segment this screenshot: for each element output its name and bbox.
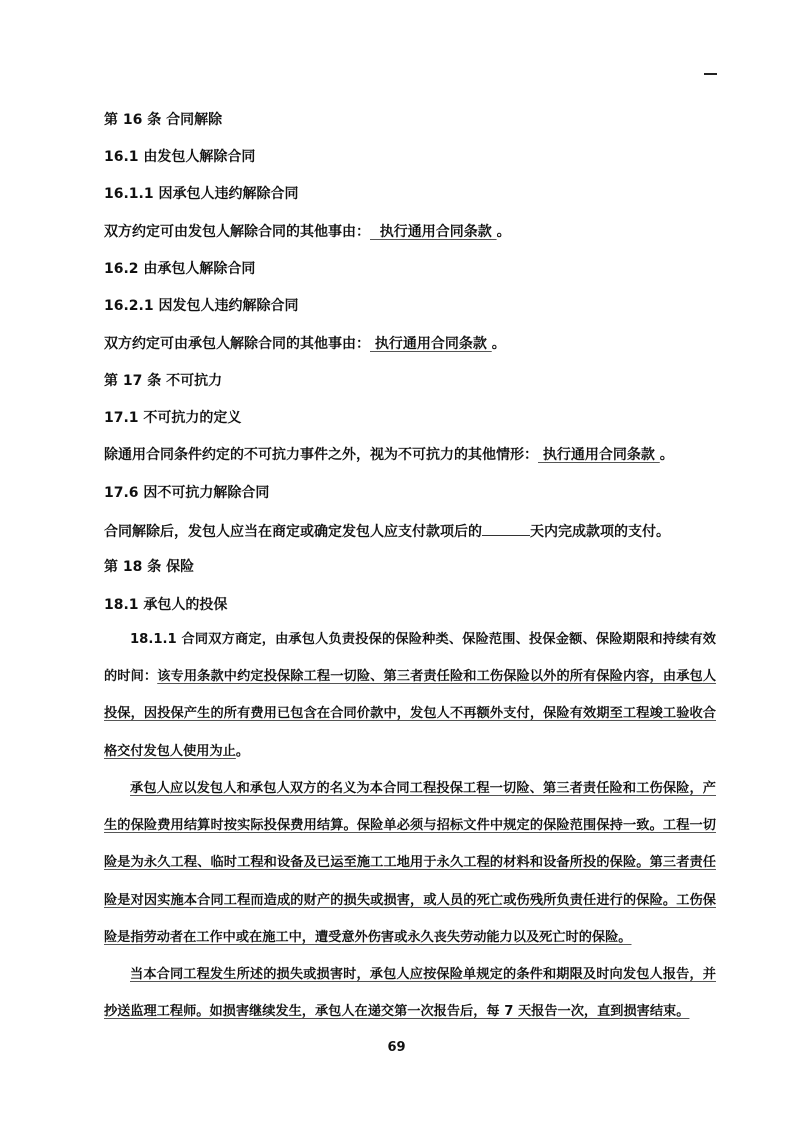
filled-value: 执行通用合同条款 xyxy=(370,224,497,240)
clause-label: 合同解除后，发包人应当在商定或确定发包人应支付款项后的 xyxy=(104,524,482,540)
clause-label: 除通用合同条件约定的不可抗力事件之外，视为不可抗力的其他情形： xyxy=(104,447,538,463)
clause-label: 双方约定可由发包人解除合同的其他事由： xyxy=(104,224,370,240)
article-17-heading: 第 17 条 不可抗力 xyxy=(104,372,222,390)
clause-18-1-1-paragraph: 18.1.1 合同双方商定，由承包人负责投保的保险种类、保险范围、投保金额、保险… xyxy=(104,621,716,770)
article-18-heading: 第 18 条 保险 xyxy=(104,558,194,576)
article-16-heading: 第 16 条 合同解除 xyxy=(104,111,222,129)
period: 。 xyxy=(236,744,249,759)
clause-16-1-heading: 16.1 由发包人解除合同 xyxy=(104,148,255,166)
insurance-paragraph: 承包人应以发包人和承包人双方的名义为本合同工程投保工程一切险、第三者责任险和工伤… xyxy=(104,770,716,956)
page-number: 69 xyxy=(0,1040,793,1055)
period: 。 xyxy=(497,224,511,240)
clause-17-1-text: 除通用合同条件约定的不可抗力事件之外，视为不可抗力的其他情形： 执行通用合同条款… xyxy=(104,446,674,464)
period: 。 xyxy=(492,336,506,352)
clause-16-1-1-heading: 16.1.1 因承包人违约解除合同 xyxy=(104,185,298,203)
clause-16-2-1-text: 双方约定可由承包人解除合同的其他事由： 执行通用合同条款 。 xyxy=(104,335,506,353)
clause-18-1-heading: 18.1 承包人的投保 xyxy=(104,596,227,614)
period: 。 xyxy=(660,447,674,463)
days-blank-field[interactable] xyxy=(482,521,530,536)
clause-17-1-heading: 17.1 不可抗力的定义 xyxy=(104,409,241,427)
clause-16-1-1-text: 双方约定可由发包人解除合同的其他事由： 执行通用合同条款 。 xyxy=(104,223,511,241)
header-dash xyxy=(704,73,717,75)
filled-value: 执行通用合同条款 xyxy=(370,336,492,352)
clause-label: 双方约定可由承包人解除合同的其他事由： xyxy=(104,336,370,352)
clause-16-2-heading: 16.2 由承包人解除合同 xyxy=(104,260,255,278)
clause-16-2-1-heading: 16.2.1 因发包人违约解除合同 xyxy=(104,297,298,315)
clause-17-6-heading: 17.6 因不可抗力解除合同 xyxy=(104,484,269,502)
clause-label-suffix: 天内完成款项的支付。 xyxy=(530,524,670,540)
filled-value: 执行通用合同条款 xyxy=(538,447,660,463)
document-page: 第 16 条 合同解除 16.1 由发包人解除合同 16.1.1 因承包人违约解… xyxy=(0,0,793,1121)
clause-17-6-text: 合同解除后，发包人应当在商定或确定发包人应支付款项后的天内完成款项的支付。 xyxy=(104,521,670,541)
loss-report-paragraph: 当本合同工程发生所述的损失或损害时，承包人应按保险单规定的条件和期限及时向发包人… xyxy=(104,956,716,1030)
filled-value: 该专用条款中约定投保除工程一切险、第三者责任险和工伤保险以外的所有保险内容，由承… xyxy=(104,669,716,758)
